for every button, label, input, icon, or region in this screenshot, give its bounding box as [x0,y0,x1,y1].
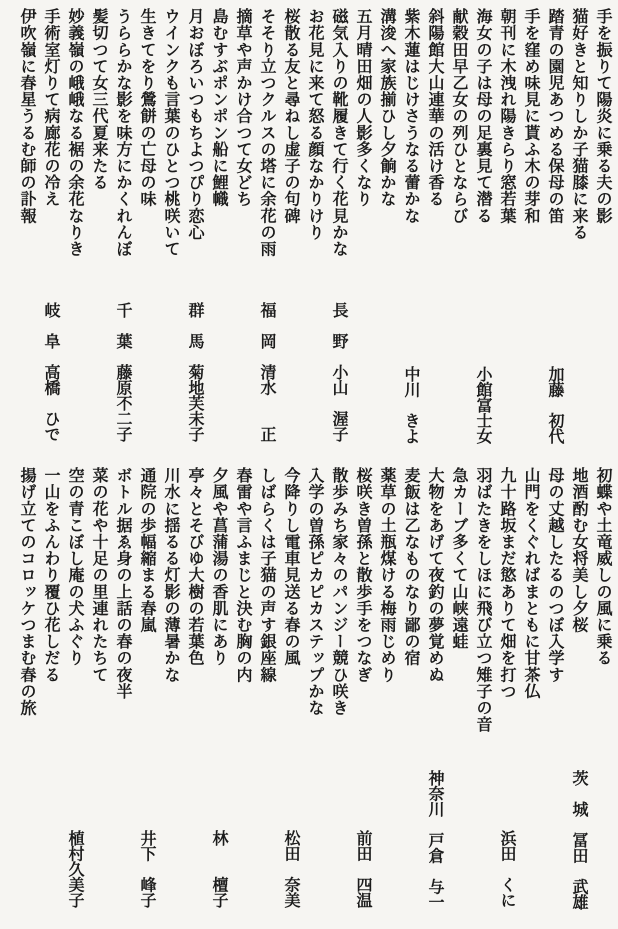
haiku-column: 斜陽館大山連華の活け香る [426,8,442,460]
author-column: 茨 城 冨田 武雄 [570,770,586,910]
author-column: 加藤 初代 [546,366,562,444]
haiku-column: 初蝶や土竜威しの風に乗る [594,467,610,929]
haiku-band-upper: 手を振りて陽炎に乗る夫の影 猫好きと知りしか子猫膝に来る 踏青の園児あつめる保母… [0,0,618,460]
author-column: 井下 峰子 [138,830,154,908]
haiku-column: 献穀田早乙女の列ひとならび [450,8,466,460]
author-column: 岐 阜 高橋 ひで [42,302,58,442]
author-column: 植村久美子 [66,830,82,908]
haiku-column: 朝刊に木洩れ陽きらり窓若葉 [498,8,514,460]
author-column: 松田 奈美 [282,830,298,908]
haiku-column: 手を振りて陽炎に乗る夫の影 [594,8,610,460]
haiku-column: 川水に揺るる灯影の薄暑かな [162,467,178,929]
haiku-column: ボトル据ゑ身の上話の春の夜半 [114,467,130,929]
author-column: 群 馬 菊地芙未子 [186,302,202,442]
author-column: 中川 きよ [402,366,418,444]
author-column: 林 檀子 [210,830,226,908]
haiku-column: 母の丈越したるのつぼ入学す [546,467,562,929]
haiku-column: 溝浚へ家族揃ひし夕餉かな [378,8,394,460]
haiku-column: 麦飯は乙なものなり鄙の宿 [402,467,418,929]
haiku-column: 一山をふんわり覆ひ花しだる [42,467,58,929]
haiku-column: 散歩みち家々のパンジー競ひ咲き [330,467,346,929]
haiku-column: 春雷や言ふまじと決む胸の内 [234,467,250,929]
haiku-column: 伊吹嶺に春星うるむ師の訃報 [18,8,34,460]
haiku-column: 揚げ立てのコロッケつまむ春の旅 [18,467,34,929]
haiku-column: 薬草の土瓶煤ける梅雨じめり [378,467,394,929]
haiku-column: 急カーブ多くて山峡遠蛙 [450,467,466,929]
haiku-column: 摘草や声かけ合つて女どち [234,8,250,460]
haiku-page-scan: 手を振りて陽炎に乗る夫の影 猫好きと知りしか子猫膝に来る 踏青の園児あつめる保母… [0,0,618,929]
haiku-column: ウインクも言葉のひとつ桃咲いて [162,8,178,460]
haiku-column: 桜散る友と尋ねし虚子の句碑 [282,8,298,460]
author-column: 千 葉 藤原不二子 [114,302,130,442]
author-column: 小館富士女 [474,366,490,444]
haiku-column: しばらくは子猫の声す銀座線 [258,467,274,929]
haiku-column: 入学の曽孫ピカピカステップかな [306,467,322,929]
author-column: 長 野 小山 渥子 [330,302,346,442]
author-column: 神奈川 戸倉 与一 [426,770,442,910]
author-column: 浜田 くに [498,830,514,908]
haiku-column: 髪切つて女三代夏来たる [90,8,106,460]
haiku-column: 猫好きと知りしか子猫膝に来る [570,8,586,460]
haiku-band-lower: 初蝶や土竜威しの風に乗る 地酒酌む女将美し夕桜 母の丈越したるのつぼ入学す 山門… [0,462,618,929]
haiku-column: 妙義嶺の峨峨なる裾の余花なりき [66,8,82,460]
author-column: 福 岡 清水 正 [258,302,274,442]
haiku-column: 五月晴田畑の人影多くなり [354,8,370,460]
haiku-column: 生きてをり鶯餅の亡母の味 [138,8,154,460]
author-column: 前田 四温 [354,830,370,908]
haiku-column: 羽ばたきをしほに飛び立つ雉子の音 [474,467,490,929]
haiku-column: 山門をくぐればまともに甘茶仏 [522,467,538,929]
haiku-column: 亭々とそびゆ大樹の若葉色 [186,467,202,929]
haiku-column: 島むすぶポンポン船に鯉幟 [210,8,226,460]
haiku-column: お花見に来て怒る顔なかりけり [306,8,322,460]
haiku-column: 菜の花や十足の里連れたちて [90,467,106,929]
haiku-column: 手を窪め味見に貰ふ木の芽和 [522,8,538,460]
